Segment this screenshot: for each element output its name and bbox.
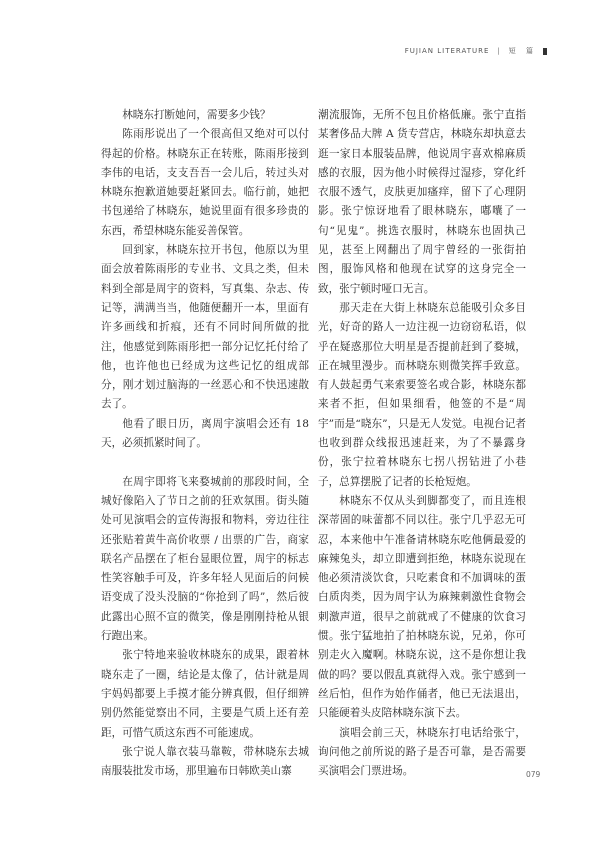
- paragraph: 陈雨彤说出了一个很高但又绝对可以付得起的价格。林晓东正在转账，陈雨彤接到李伟的电…: [101, 125, 309, 241]
- section-marker-icon: [543, 48, 547, 55]
- paragraph: 那天走在大街上林晓东总能吸引众多目光，好奇的路人一边注视一边窃窃私语，似乎在疑惑…: [318, 299, 526, 492]
- right-column: 潮流服饰，无所不包且价格低廉。张宁直指某奢侈品大牌 A 货专营店，林晓东却执意去…: [318, 106, 526, 781]
- section-break: [101, 453, 309, 472]
- magazine-name: FUJIAN LITERATURE: [405, 47, 490, 55]
- paragraph: 张宁说人靠衣装马靠鞍，带林晓东去城南服装批发市场，那里遍布日韩欧美山寨: [101, 743, 309, 782]
- paragraph: 他看了眼日历，离周宇演唱会还有 18 天，必须抓紧时间了。: [101, 415, 309, 454]
- paragraph: 演唱会前三天，林晓东打电话给张宁，询问他之前所说的路子是否可靠，是否需要买演唱会…: [318, 724, 526, 782]
- paragraph: 张宁特地来验收林晓东的成果，跟着林晓东走了一圈，结论是太像了，估计就是周宇妈妈都…: [101, 646, 309, 742]
- paragraph: 回到家，林晓东拉开书包，他原以为里面会放着陈雨彤的专业书、文具之类，但未料到全部…: [101, 241, 309, 415]
- paragraph: 在周宇即将飞来婺城前的那段时间，全城好像陷入了节日之前的狂欢氛围。街头随处可见演…: [101, 473, 309, 647]
- paragraph-continued: 潮流服饰，无所不包且价格低廉。张宁直指某奢侈品大牌 A 货专营店，林晓东却执意去…: [318, 106, 526, 299]
- running-header: FUJIAN LITERATURE | 短 篇: [405, 46, 547, 56]
- page-number: 079: [526, 770, 540, 779]
- paragraph: 林晓东打断她问，需要多少钱？: [101, 106, 309, 125]
- paragraph: 林晓东不仅从头到脚都变了，而且连根深蒂固的味蕾都不同以往。张宁几乎忍无可忍，本来…: [318, 492, 526, 724]
- left-column: 林晓东打断她问，需要多少钱？ 陈雨彤说出了一个很高但又绝对可以付得起的价格。林晓…: [101, 106, 309, 781]
- header-separator: |: [497, 47, 500, 55]
- section-name: 短 篇: [509, 46, 537, 56]
